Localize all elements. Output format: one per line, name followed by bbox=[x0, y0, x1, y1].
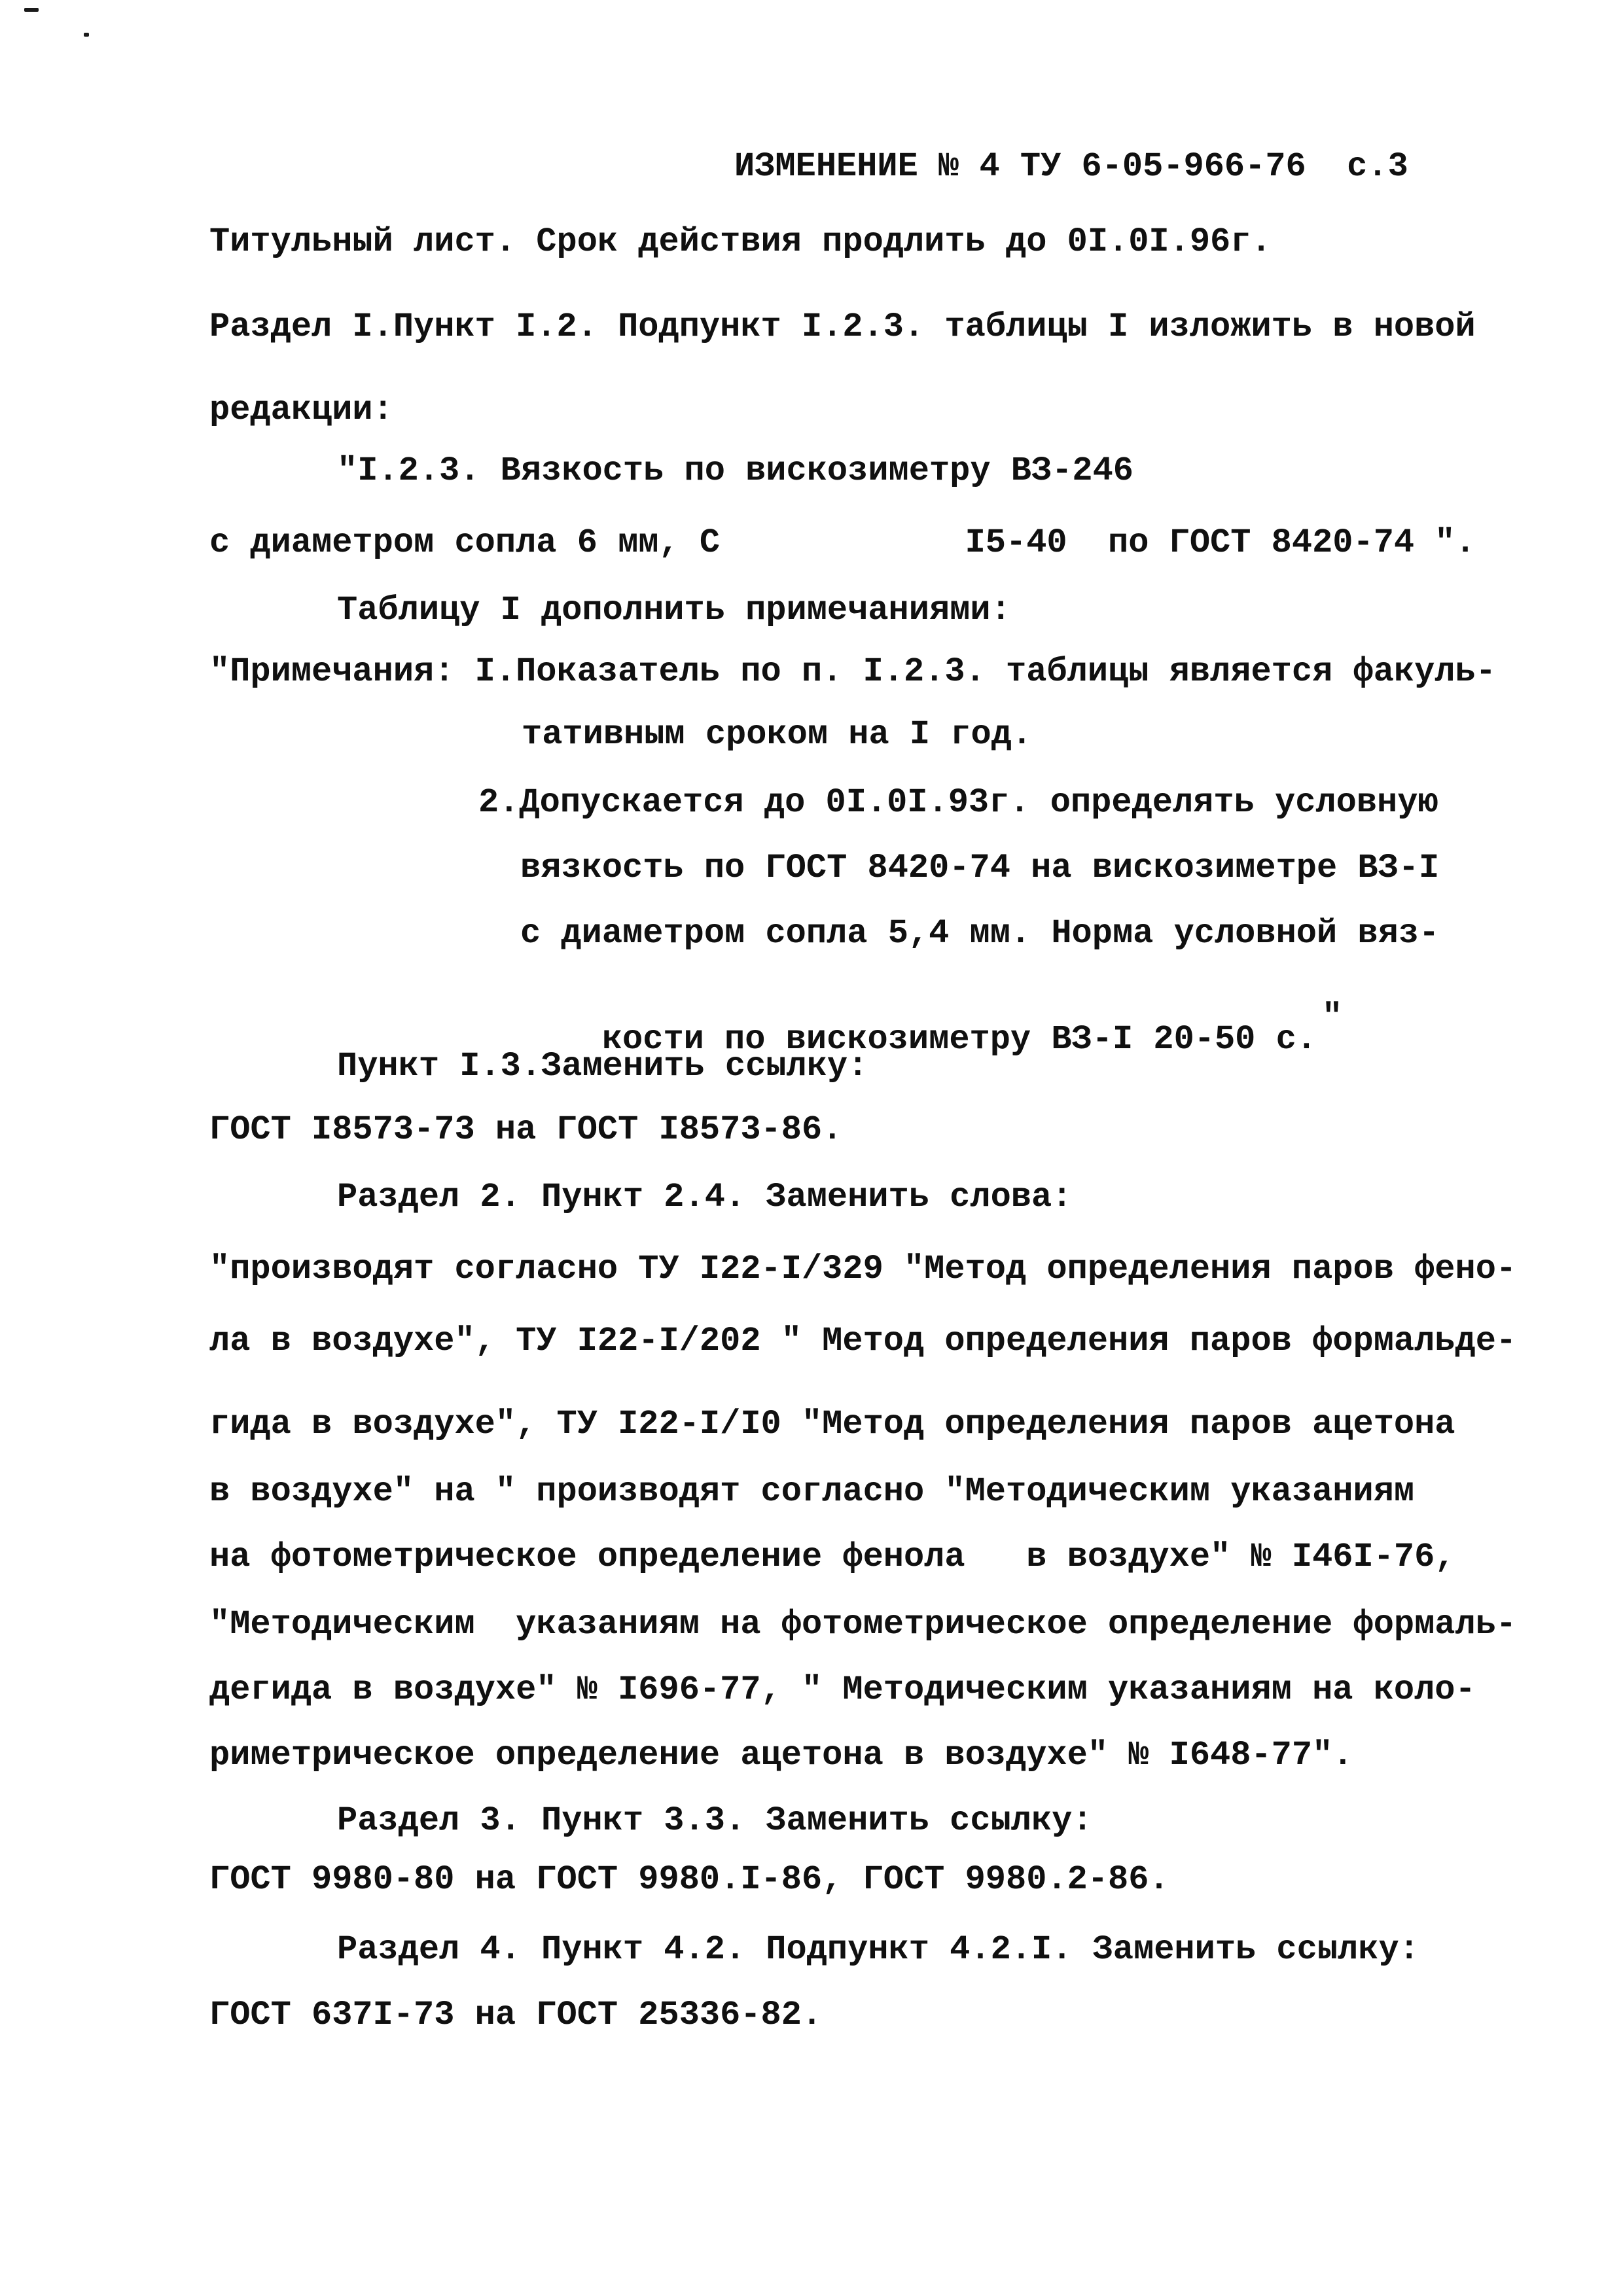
text-line: Раздел 4. Пункт 4.2. Подпункт 4.2.I. Зам… bbox=[337, 1929, 1419, 1971]
text-line: 2.Допускается до 0I.0I.93г. определять у… bbox=[478, 782, 1438, 824]
text-line: ГОСТ 637I-73 на ГОСТ 25336-82. bbox=[209, 1994, 822, 2036]
text-line: вязкость по ГОСТ 8420-74 на вискозиметре… bbox=[520, 847, 1439, 889]
text-line: с диаметром сопла 6 мм, С I5-40 по ГОСТ … bbox=[209, 522, 1476, 564]
raised-quote-mark: " bbox=[1322, 998, 1342, 1036]
text-line: с диаметром сопла 5,4 мм. Норма условной… bbox=[520, 913, 1439, 955]
text-line: в воздухе" на " производят согласно "Мет… bbox=[209, 1471, 1414, 1513]
text-line: тативным сроком на I год. bbox=[522, 714, 1032, 756]
text-line: Таблицу I дополнить примечаниями: bbox=[337, 590, 1011, 631]
text-line: Раздел I.Пункт I.2. Подпункт I.2.3. табл… bbox=[209, 306, 1476, 348]
text-line: "Методическим указаниям на фотометрическ… bbox=[209, 1604, 1516, 1646]
text-line: ГОСТ 9980-80 на ГОСТ 9980.I-86, ГОСТ 998… bbox=[209, 1859, 1169, 1901]
page-header: ИЗМЕНЕНИЕ № 4 ТУ 6-05-966-76 с.3 bbox=[734, 146, 1408, 188]
document-page: ИЗМЕНЕНИЕ № 4 ТУ 6-05-966-76 с.3 Титульн… bbox=[0, 0, 1623, 2296]
text-line: дегида в воздухе" № I696-77, " Методичес… bbox=[209, 1669, 1476, 1711]
text-line: "производят согласно ТУ I22-I/329 "Метод… bbox=[209, 1248, 1516, 1290]
text-line: Титульный лист. Срок действия продлить д… bbox=[209, 221, 1272, 263]
text-line: гида в воздухе", ТУ I22-I/I0 "Метод опре… bbox=[209, 1404, 1455, 1445]
text-line: на фотометрическое определение фенола в … bbox=[209, 1536, 1455, 1578]
scan-speck bbox=[24, 8, 39, 12]
text-line: "I.2.3. Вязкость по вискозиметру ВЗ-246 bbox=[337, 450, 1133, 492]
text-line: ГОСТ I8573-73 на ГОСТ I8573-86. bbox=[209, 1109, 842, 1151]
text-line: "Примечания: I.Показатель по п. I.2.3. т… bbox=[209, 651, 1496, 693]
text-line: Пункт I.3.Заменить ссылку: bbox=[337, 1046, 868, 1087]
text-line: Раздел 3. Пункт 3.3. Заменить ссылку: bbox=[337, 1800, 1093, 1842]
text-line: риметрическое определение ацетона в возд… bbox=[209, 1735, 1353, 1776]
scan-speck bbox=[84, 33, 89, 37]
text-line: Раздел 2. Пункт 2.4. Заменить слова: bbox=[337, 1176, 1072, 1218]
text-line: редакции: bbox=[209, 389, 393, 431]
text-line: ла в воздухе", ТУ I22-I/202 " Метод опре… bbox=[209, 1320, 1516, 1362]
